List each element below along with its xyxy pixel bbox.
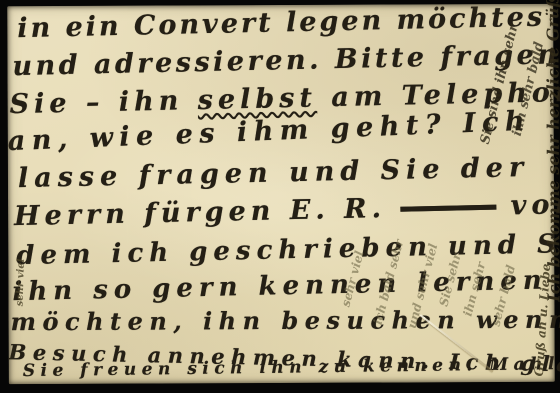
scan-background: in ein Convert legen möchtesund adressie… <box>0 0 560 393</box>
handwriting-line-2: und adressieren. Bitte fragen <box>12 39 560 82</box>
handwriting-segment: und adressieren. Bitte fragen <box>12 39 560 82</box>
handwriting-segment-underline: selbst <box>197 82 317 116</box>
handwriting-segment: Herrn fürgen E. R. <box>14 193 401 232</box>
handwriting-segment: lasse fragen und Sie der <box>18 152 530 194</box>
postcard-paper: in ein Convert legen möchtesund adressie… <box>7 4 555 384</box>
handwriting-segment: in ein Convert legen möchtes <box>17 2 545 45</box>
handwriting-block: in ein Convert legen möchtesund adressie… <box>7 4 553 6</box>
handwriting-segment-strike: ——— <box>400 191 497 224</box>
right-margin-note-1: Ich bekomme sehr herzliche Grüße <box>543 0 560 302</box>
left-margin-note: sehr viel <box>14 258 26 306</box>
handwriting-line-9: möchten, ihn besuchen wenn er <box>10 304 560 336</box>
handwriting-segment: möchten, ihn besuchen wenn er <box>10 304 560 336</box>
handwriting-line-6: Herrn fürgen E. R. ——— vom <box>14 189 560 233</box>
handwriting-line-1: in ein Convert legen möchtes <box>17 2 545 45</box>
handwriting-line-5: lasse fragen und Sie der <box>18 152 530 194</box>
handwriting-segment: Sie – ihn <box>9 85 198 120</box>
